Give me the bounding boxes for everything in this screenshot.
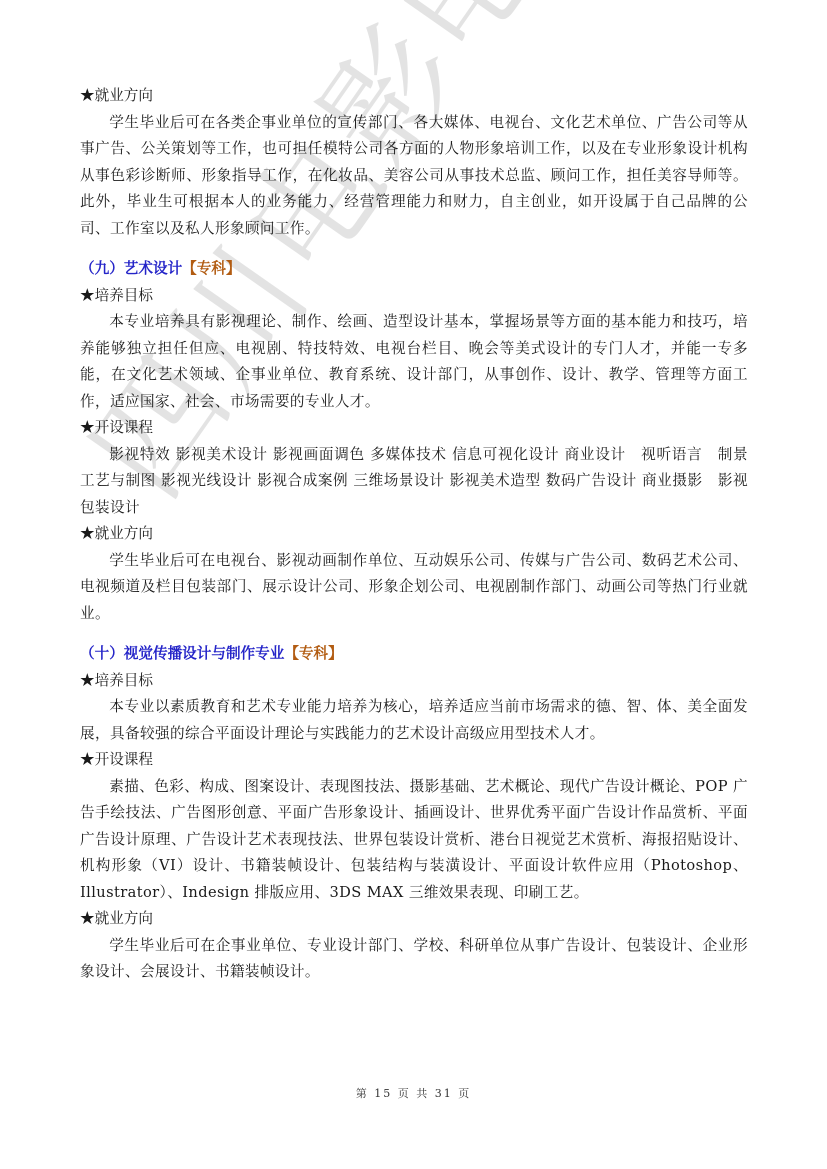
employment-heading: ★就业方向 <box>80 906 748 933</box>
courses-heading: ★开设课程 <box>80 747 748 774</box>
section-heading: （十）视觉传播设计与制作专业【专科】 <box>80 641 748 668</box>
section-art-design: （九）艺术设计【专科】 ★培养目标 本专业培养具有影视理论、制作、绘画、造型设计… <box>80 256 748 627</box>
section-title: （十）视觉传播设计与制作专业 <box>80 645 284 662</box>
section-heading: （九）艺术设计【专科】 <box>80 256 748 283</box>
intro-employment-block: ★就业方向 学生毕业后可在各类企事业单位的宣传部门、各大媒体、电视台、文化艺术单… <box>80 83 748 242</box>
goal-heading: ★培养目标 <box>80 283 748 310</box>
page-content: ★就业方向 学生毕业后可在各类企事业单位的宣传部门、各大媒体、电视台、文化艺术单… <box>80 83 748 986</box>
employment-text: 学生毕业后可在各类企事业单位的宣传部门、各大媒体、电视台、文化艺术单位、广告公司… <box>80 110 748 243</box>
section-title: （九）艺术设计 <box>80 260 182 277</box>
goal-text: 本专业培养具有影视理论、制作、绘画、造型设计基本，掌握场景等方面的基本能力和技巧… <box>80 309 748 415</box>
employment-heading: ★就业方向 <box>80 83 748 110</box>
page-number-footer: 第 15 页 共 31 页 <box>0 1085 827 1101</box>
section-tag: 【专科】 <box>284 645 342 662</box>
employment-text: 学生毕业后可在企事业单位、专业设计部门、学校、科研单位从事广告设计、包装设计、企… <box>80 933 748 986</box>
document-page: 四川电影电视学院 ★就业方向 学生毕业后可在各类企事业单位的宣传部门、各大媒体、… <box>0 0 827 1169</box>
employment-heading: ★就业方向 <box>80 521 748 548</box>
goal-text: 本专业以素质教育和艺术专业能力培养为核心，培养适应当前市场需求的德、智、体、美全… <box>80 694 748 747</box>
section-tag: 【专科】 <box>182 260 240 277</box>
section-visual-communication: （十）视觉传播设计与制作专业【专科】 ★培养目标 本专业以素质教育和艺术专业能力… <box>80 641 748 986</box>
goal-heading: ★培养目标 <box>80 668 748 695</box>
courses-text: 素描、色彩、构成、图案设计、表现图技法、摄影基础、艺术概论、现代广告设计概论、P… <box>80 774 748 907</box>
employment-text: 学生毕业后可在电视台、影视动画制作单位、互动娱乐公司、传媒与广告公司、数码艺术公… <box>80 548 748 628</box>
courses-heading: ★开设课程 <box>80 415 748 442</box>
courses-text: 影视特效 影视美术设计 影视画面调色 多媒体技术 信息可视化设计 商业设计 视听… <box>80 442 748 522</box>
